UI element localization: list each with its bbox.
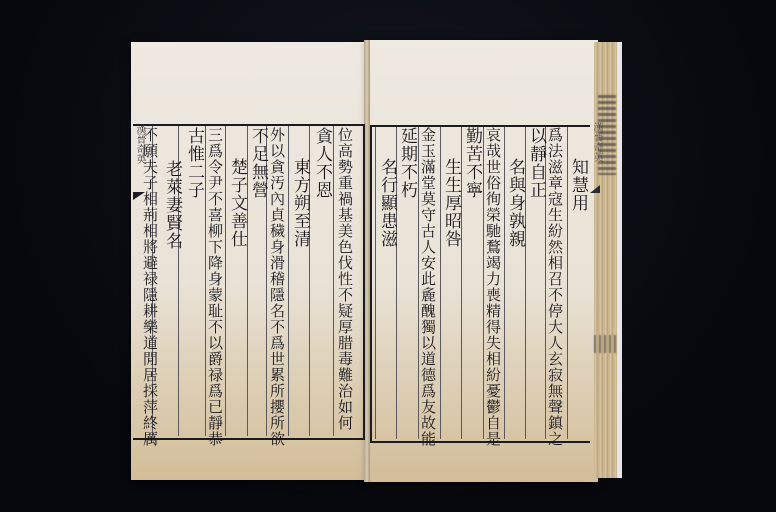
text-column: 外以貪汚內貞穢身滑稽隱名不爲世累所攖所欲 bbox=[268, 127, 286, 447]
fishtail-mark-right bbox=[590, 185, 600, 193]
column-rule bbox=[375, 127, 376, 439]
text-column: 名行顯患滋 bbox=[377, 158, 397, 248]
text-column: 哀哉世俗徇榮馳鶩竭力喪精得失相紛憂鬱自是 bbox=[484, 127, 502, 447]
column-rule bbox=[288, 126, 289, 436]
text-column: 爲法滋章寇生紛然相召不停大人玄寂無聲鎮之 bbox=[546, 127, 564, 447]
text-column: 勤苦不寧 bbox=[462, 127, 482, 199]
text-column: 楚子文善仕 bbox=[227, 158, 247, 248]
text-column: 名與身孰親 bbox=[505, 158, 525, 248]
text-column: 不足無營 bbox=[248, 127, 268, 199]
text-column: 老萊妻賢名 bbox=[162, 160, 182, 250]
text-column: 延期不朽 bbox=[397, 127, 417, 199]
page-edge-highlight bbox=[617, 42, 622, 478]
text-column: 位高勢重禍基美色伐性不疑厚腊毒難治如何 bbox=[336, 127, 354, 431]
text-column: 貪人不恩 bbox=[312, 127, 332, 199]
text-column: 古惟二子 bbox=[184, 127, 204, 199]
text-column: 金玉滿堂莫守古人安此麁醜獨以道德爲友故能 bbox=[419, 127, 437, 447]
text-column: 不願夫子相荊相將避禄隱耕樂道閒居採萍終厲 bbox=[141, 127, 159, 447]
right-margin-label: 漢晉奇英 bbox=[590, 122, 602, 282]
text-column: 知慧用 bbox=[568, 158, 588, 212]
text-column: 三爲令尹不喜柳下降身蒙耻不以爵禄爲已靜恭 bbox=[206, 127, 224, 447]
text-column: 以靜自正 bbox=[526, 127, 546, 199]
column-rule bbox=[225, 126, 226, 436]
text-column: 東方朔至清 bbox=[290, 158, 310, 248]
fore-edge-bleed-through-lower bbox=[594, 335, 616, 353]
text-column: 生生厚昭咎 bbox=[441, 158, 461, 248]
column-rule bbox=[333, 126, 334, 436]
